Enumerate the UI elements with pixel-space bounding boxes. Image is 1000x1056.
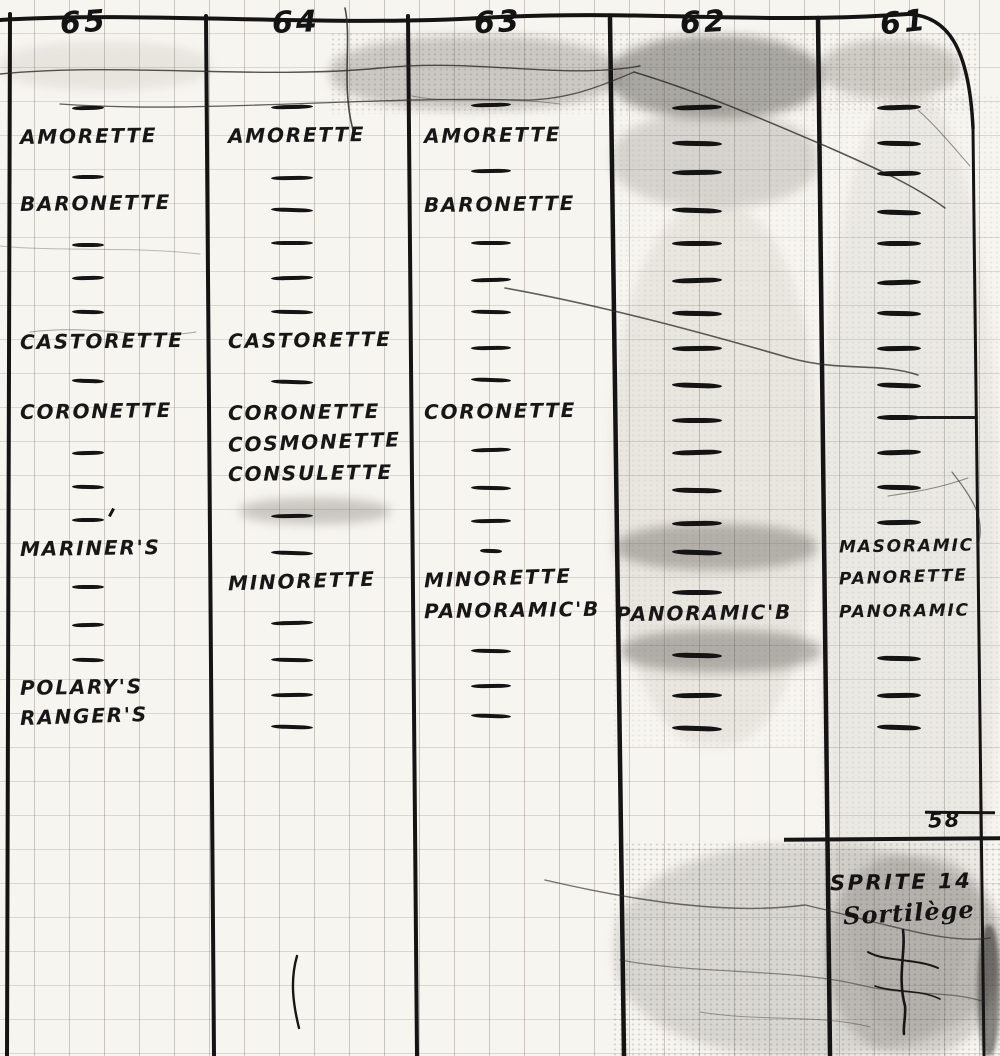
ruling-dash [877, 415, 921, 420]
column-header-63: 63 [473, 7, 522, 39]
ruling-dash [877, 345, 921, 350]
entry-label: PANORAMIC'B [424, 599, 600, 621]
toner-noise [612, 108, 818, 748]
entry-label: CORONETTE [20, 400, 172, 422]
ruling-dash [72, 175, 104, 179]
ruling-dash [672, 207, 722, 214]
ruling-dash [271, 514, 313, 518]
entry-label: PANORETTE [839, 567, 968, 588]
ruling-dash [72, 623, 104, 628]
ruling-dash [877, 655, 921, 661]
ruling-dash [877, 209, 921, 215]
ruling-dash [271, 379, 313, 384]
smudge-region [612, 112, 818, 207]
section-rule [784, 836, 1000, 841]
ruling-dash [877, 310, 921, 316]
entry-label: AMORETTE [424, 124, 562, 146]
entry-label: MARINER'S [20, 537, 161, 559]
ruling-dash [471, 346, 511, 350]
ruling-dash [72, 485, 104, 490]
ruling-dash [471, 447, 511, 452]
ruling-dash [672, 140, 722, 146]
entry-label: BARONETTE [424, 193, 575, 215]
ruling-dash [471, 519, 511, 523]
entry-label: AMORETTE [228, 124, 366, 146]
ruling-dash [877, 104, 921, 110]
ruling-dash [877, 519, 921, 524]
ruling-dash [271, 724, 313, 729]
ruling-dash [672, 169, 722, 175]
ruling-dash [72, 585, 104, 589]
ruling-dash [271, 310, 313, 315]
ruling-dash [471, 649, 511, 654]
ruling-dash [271, 693, 313, 697]
ruling-dash [672, 449, 722, 455]
ruling-dash [271, 176, 313, 180]
entry-label: CORONETTE [228, 401, 380, 423]
entry-label: CASTORETTE [20, 330, 184, 352]
ruling-dash [672, 692, 722, 698]
entry-label: CONSULETTE [228, 462, 393, 484]
entry-label: MINORETTE [424, 566, 572, 591]
ruling-dash [471, 377, 511, 382]
ruling-dash [672, 345, 722, 351]
column-header-62: 62 [679, 7, 728, 39]
table-borders-and-creases [0, 0, 1000, 1056]
entry-label: POLARY'S [20, 676, 143, 698]
ruling-dash [480, 549, 502, 554]
ruling-dash [271, 620, 313, 625]
entry-label: CASTORETTE [228, 329, 392, 351]
ruling-dash [672, 725, 722, 732]
ruling-dash [72, 243, 104, 247]
ruling-dash [271, 104, 313, 109]
ruling-dash [672, 277, 722, 283]
ruling-dash [72, 378, 104, 383]
entry-label: BARONETTE [20, 192, 171, 214]
entry-label: COSMONETTE [228, 429, 401, 454]
note-sortilege: Sortilège [842, 898, 975, 929]
entry-label: RANGER'S [20, 704, 149, 728]
ruling-dash [672, 652, 722, 658]
entry-label: MINORETTE [228, 569, 376, 594]
ruling-dash [271, 658, 313, 663]
scanned-ledger-page: 65AMORETTEBARONETTECASTORETTECORONETTEMA… [0, 0, 1000, 1056]
smudge-region [240, 498, 390, 524]
ruling-dash [471, 684, 511, 688]
column-header-64: 64 [271, 7, 320, 39]
ruling-dash [72, 518, 104, 522]
entry-label: AMORETTE [20, 125, 158, 147]
ruling-dash [471, 169, 511, 173]
ruling-dash [72, 276, 104, 281]
ruling-dash [471, 713, 511, 718]
ruling-dash [72, 310, 104, 315]
entry-label: CORONETTE [424, 400, 576, 422]
note-sprite-14: SPRITE 14 [830, 871, 973, 894]
page-number: 58 [928, 809, 962, 831]
smudge-region [612, 205, 818, 745]
ruling-dash [877, 279, 921, 285]
stray-tick-mark [108, 508, 115, 517]
ruling-dash [471, 277, 511, 282]
ruling-dash [877, 484, 921, 490]
toner-noise [330, 32, 980, 114]
ruling-dash [471, 102, 511, 107]
smudge-region [620, 630, 820, 672]
smudge-region [978, 925, 1000, 1056]
ruling-dash [672, 104, 722, 110]
toner-noise [820, 95, 998, 835]
ruling-dash-extension [918, 416, 978, 419]
column-header-65: 65 [59, 6, 109, 39]
entry-label: MASORAMIC [839, 538, 974, 557]
ruling-dash [271, 241, 313, 245]
column-header-61: 61 [879, 6, 930, 41]
ruling-dash [672, 549, 722, 556]
ruling-dash [672, 241, 722, 246]
ruling-dash [471, 486, 511, 491]
ruling-dash [877, 692, 921, 697]
ruling-dash [672, 487, 722, 493]
ruling-dash [877, 241, 921, 246]
entry-label: PANORAMIC'B [616, 602, 792, 624]
ruling-dash [672, 310, 722, 316]
ruling-dash [877, 140, 921, 146]
ruling-dash [672, 520, 722, 526]
ruling-dash [672, 590, 722, 595]
ruling-dash [471, 310, 511, 315]
ruling-dash [672, 382, 722, 389]
ruling-dash [877, 724, 921, 730]
smudge-region [0, 42, 210, 90]
ruling-dash [72, 451, 104, 456]
ruling-dash [271, 275, 313, 280]
ruling-dash [72, 106, 104, 111]
ruling-dash [271, 207, 313, 212]
ruling-dash [471, 241, 511, 245]
smudge-region [820, 40, 960, 98]
ruling-dash [72, 658, 104, 663]
ruling-dash [877, 449, 921, 455]
smudge-region [616, 524, 816, 570]
entry-label: PANORAMIC [839, 603, 970, 622]
ruling-dash [877, 170, 921, 175]
ruling-dash [271, 550, 313, 555]
smudge-region [330, 36, 620, 110]
ruling-dash [877, 382, 921, 388]
graph-paper-grid [0, 0, 1000, 1056]
ruling-dash [672, 418, 722, 423]
